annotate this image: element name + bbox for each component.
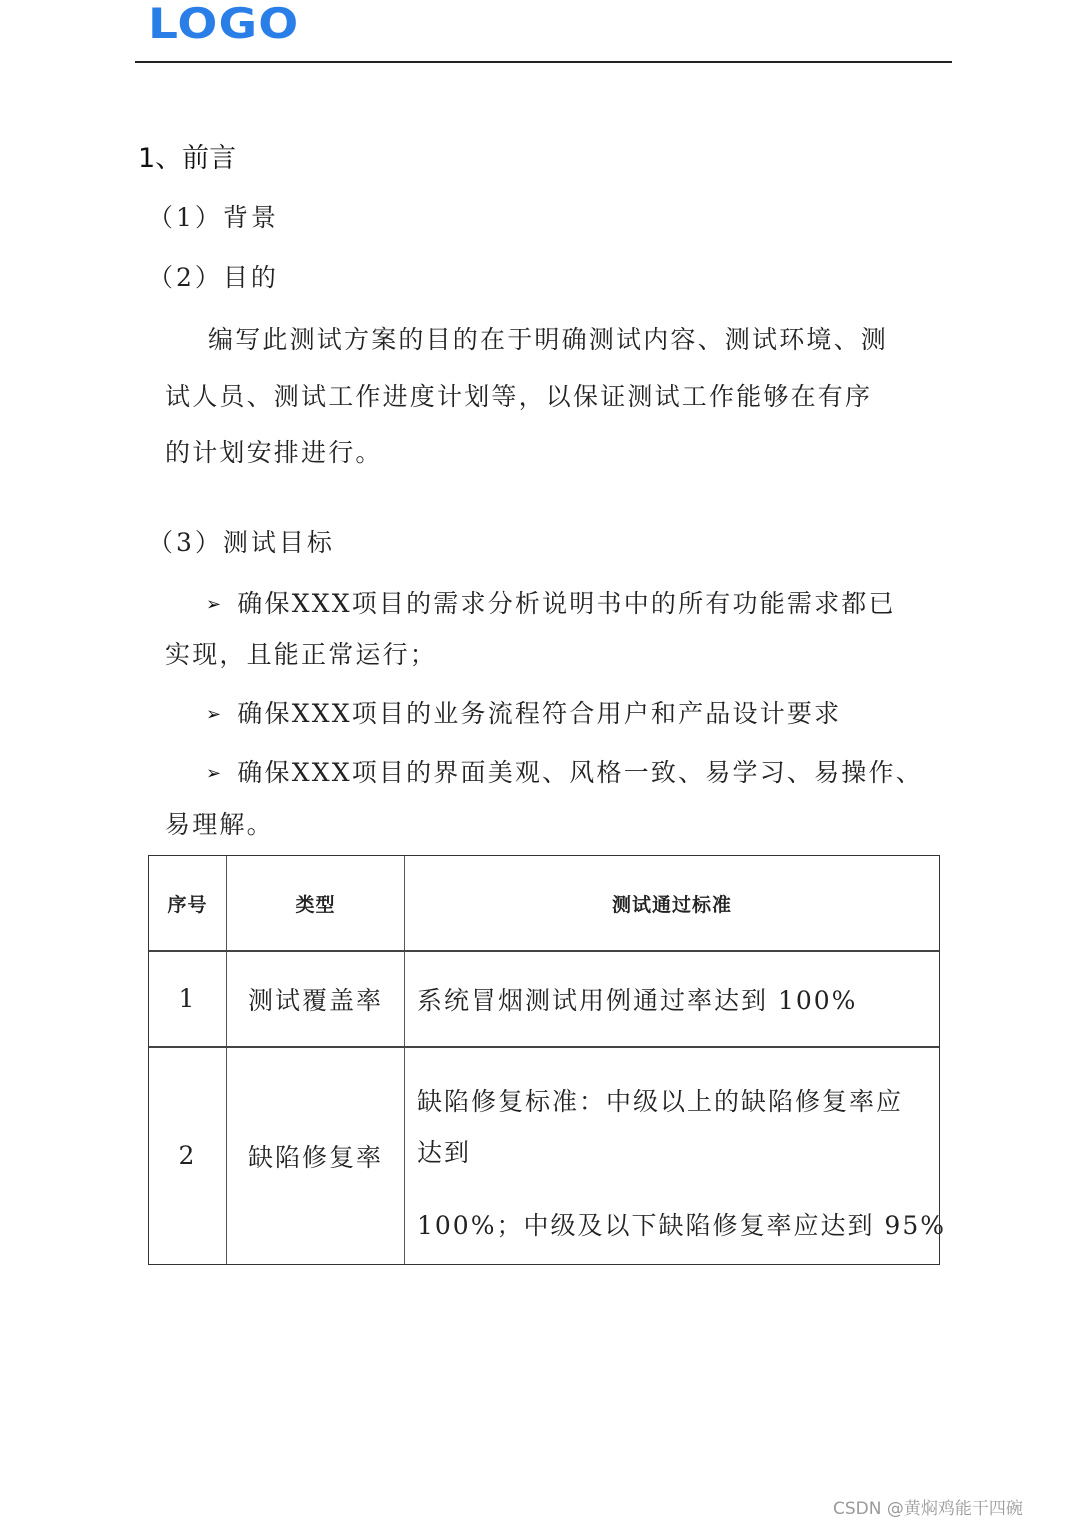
header-pass-standard: 测试通过标准 <box>405 856 939 950</box>
watermark: CSDN @黄焖鸡能干四碗 <box>833 1494 1023 1519</box>
subsection-background: （1）背景 <box>148 202 279 234</box>
header-divider <box>135 61 952 63</box>
arrow-bullet-icon: ➢ <box>206 589 223 621</box>
section-title: 1、前言 <box>138 142 236 176</box>
purpose-paragraph-line-3: 的计划安排进行。 <box>165 437 383 469</box>
goal-item-3-continuation: 易理解。 <box>165 809 274 841</box>
table-row-2-index: 2 <box>149 1047 226 1264</box>
header-type: 类型 <box>227 856 404 950</box>
purpose-paragraph-line-2: 试人员、测试工作进度计划等，以保证测试工作能够在有序 <box>165 381 872 413</box>
table-row-2-standard-line-3: 100%；中级及以下缺陷修复率应达到 95% <box>417 1206 946 1242</box>
arrow-bullet-icon: ➢ <box>206 699 223 731</box>
table-row-2-standard-line-1: 缺陷修复标准：中级以上的缺陷修复率应 <box>417 1082 903 1118</box>
purpose-paragraph-line-1: 编写此测试方案的目的在于明确测试内容、测试环境、测 <box>208 324 888 356</box>
logo: LOGO <box>148 2 299 46</box>
table-row-1-index: 1 <box>149 951 226 1046</box>
goal-item-1-continuation: 实现，且能正常运行； <box>165 639 437 671</box>
subsection-test-goals: （3）测试目标 <box>148 527 335 559</box>
goal-item-2-text: 确保XXX项目的业务流程符合用户和产品设计要求 <box>237 699 841 728</box>
header-index: 序号 <box>149 856 226 950</box>
table-row-2-standard-line-2: 达到 <box>417 1133 471 1169</box>
arrow-bullet-icon: ➢ <box>206 758 223 790</box>
subsection-purpose: （2）目的 <box>148 262 279 294</box>
goal-item-1-text: 确保XXX项目的需求分析说明书中的所有功能需求都已 <box>237 589 895 618</box>
table-row-2-type: 缺陷修复率 <box>227 1047 404 1264</box>
table-row-1-standard: 系统冒烟测试用例通过率达到 100% <box>405 951 939 1046</box>
table-row-1-type: 测试覆盖率 <box>227 951 404 1046</box>
goal-item-3: ➢确保XXX项目的界面美观、风格一致、易学习、易操作、 <box>206 757 923 790</box>
goal-item-2: ➢确保XXX项目的业务流程符合用户和产品设计要求 <box>206 698 841 731</box>
goal-item-3-text: 确保XXX项目的界面美观、风格一致、易学习、易操作、 <box>237 758 923 787</box>
test-criteria-table: 序号 类型 测试通过标准 1 测试覆盖率 系统冒烟测试用例通过率达到 100% … <box>148 855 940 1265</box>
goal-item-1: ➢确保XXX项目的需求分析说明书中的所有功能需求都已 <box>206 588 896 621</box>
